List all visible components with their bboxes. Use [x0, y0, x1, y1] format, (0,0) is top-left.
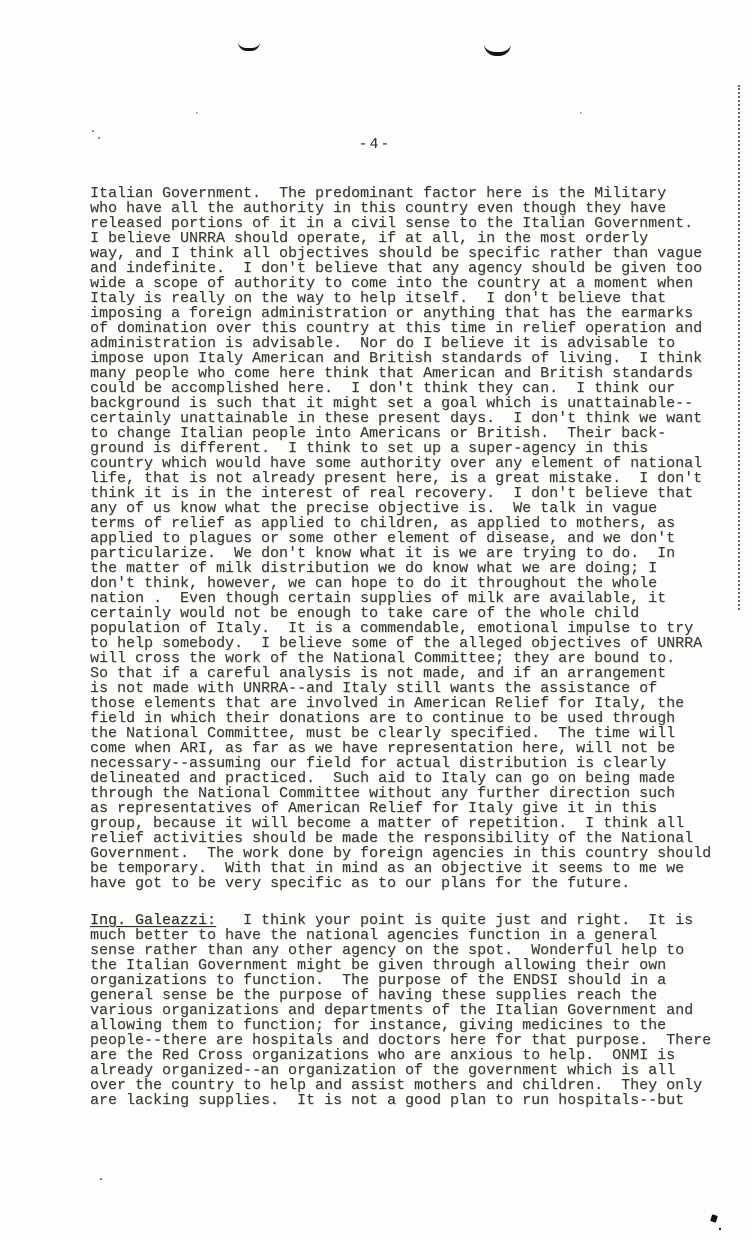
text-line: applied to plagues or some other element…: [90, 531, 735, 546]
text-line: field in which their donations are to co…: [90, 711, 735, 726]
text-line: life, that is not already present here, …: [90, 471, 735, 486]
text-line: general sense be the purpose of having t…: [90, 988, 735, 1003]
text-line: come when ARI, as far as we have represe…: [90, 741, 735, 756]
text-line: impose upon Italy American and British s…: [90, 351, 735, 366]
text-line: Government. The work done by foreign age…: [90, 846, 735, 861]
text-line: I believe UNRRA should operate, if at al…: [90, 231, 735, 246]
text-line: nation . Even though certain supplies of…: [90, 591, 735, 606]
text-line: who have all the authority in this count…: [90, 201, 735, 216]
scan-artifact-dot: [580, 112, 582, 114]
text-line: relief activities should be made the res…: [90, 831, 735, 846]
text-line: So that if a careful analysis is not mad…: [90, 666, 735, 681]
text-line: are the Red Cross organizations who are …: [90, 1048, 735, 1063]
document-body: Italian Government. The predominant fact…: [90, 186, 735, 1130]
text-line: is not made with UNRRA--and Italy still …: [90, 681, 735, 696]
text-line: through the National Committee without a…: [90, 786, 735, 801]
text-line: Italian Government. The predominant fact…: [90, 186, 735, 201]
text-line: organizations to function. The purpose o…: [90, 973, 735, 988]
text-line: of domination over this country at this …: [90, 321, 735, 336]
text-line: the Italian Government might be given th…: [90, 958, 735, 973]
text-line: the National Committee, must be clearly …: [90, 726, 735, 741]
text-line: much better to have the national agencie…: [90, 928, 735, 943]
text-line: country which would have some authority …: [90, 456, 735, 471]
paragraph-galeazzi: Ing. Galeazzi: I think your point is qui…: [90, 913, 735, 1108]
text-line: allowing them to function; for instance,…: [90, 1018, 735, 1033]
scan-artifact-edge-line: [738, 85, 740, 610]
page-number: -4-: [0, 136, 750, 153]
paragraph-lines: much better to have the national agencie…: [90, 928, 735, 1108]
text-line: various organizations and departments of…: [90, 1003, 735, 1018]
text-line: have got to be very specific as to our p…: [90, 876, 735, 891]
text-line: administration is advisable. Nor do I be…: [90, 336, 735, 351]
text-line: Ing. Galeazzi: I think your point is qui…: [90, 913, 735, 928]
text-line: think it is in the interest of real reco…: [90, 486, 735, 501]
text-line: to change Italian people into Americans …: [90, 426, 735, 441]
text-line: already organized--an organization of th…: [90, 1063, 735, 1078]
text-line: necessary--assuming our field for actual…: [90, 756, 735, 771]
text-line: population of Italy. It is a commendable…: [90, 621, 735, 636]
text-line: ground is different. I think to set up a…: [90, 441, 735, 456]
text-line: terms of relief as applied to children, …: [90, 516, 735, 531]
scan-artifact-dot: [100, 1178, 102, 1180]
text-line: Italy is really on the way to help itsel…: [90, 291, 735, 306]
text-line: many people who come here think that Ame…: [90, 366, 735, 381]
text-line: those elements that are involved in Amer…: [90, 696, 735, 711]
text-line: released portions of it in a civil sense…: [90, 216, 735, 231]
scan-artifact-speck: [710, 1214, 718, 1223]
scan-artifact-curve-mark: [484, 44, 511, 56]
text-line: sense rather than any other agency on th…: [90, 943, 735, 958]
text-line: any of us know what the precise objectiv…: [90, 501, 735, 516]
text-line: could be accomplished here. I don't thin…: [90, 381, 735, 396]
scan-artifact-dot: [196, 112, 198, 114]
text-line: will cross the work of the National Comm…: [90, 651, 735, 666]
text-line: are lacking supplies. It is not a good p…: [90, 1093, 735, 1108]
scan-artifact-speck: [719, 1228, 721, 1230]
text-line: people--there are hospitals and doctors …: [90, 1033, 735, 1048]
paragraph: Italian Government. The predominant fact…: [90, 186, 735, 891]
text-line: delineated and practiced. Such aid to It…: [90, 771, 735, 786]
text-line: certainly unattainable in these present …: [90, 411, 735, 426]
text-line: as representatives of American Relief fo…: [90, 801, 735, 816]
text-line: don't think, however, we can hope to do …: [90, 576, 735, 591]
scan-artifact-dot: [92, 130, 94, 132]
text-line: be temporary. With that in mind as an ob…: [90, 861, 735, 876]
text-line: to help somebody. I believe some of the …: [90, 636, 735, 651]
text-line: group, because it will become a matter o…: [90, 816, 735, 831]
text-line: imposing a foreign administration or any…: [90, 306, 735, 321]
text-line: particularize. We don't know what it is …: [90, 546, 735, 561]
text-line: the matter of milk distribution we do kn…: [90, 561, 735, 576]
text-line: over the country to help and assist moth…: [90, 1078, 735, 1093]
text-line: certainly would not be enough to take ca…: [90, 606, 735, 621]
text-line: background is such that it might set a g…: [90, 396, 735, 411]
text-line: way, and I think all objectives should b…: [90, 246, 735, 261]
text-line: wide a scope of authority to come into t…: [90, 276, 735, 291]
text-line: and indefinite. I don't believe that any…: [90, 261, 735, 276]
scanned-document-page: -4- Italian Government. The predominant …: [0, 0, 750, 1238]
scan-artifact-curve-mark: [238, 42, 260, 51]
